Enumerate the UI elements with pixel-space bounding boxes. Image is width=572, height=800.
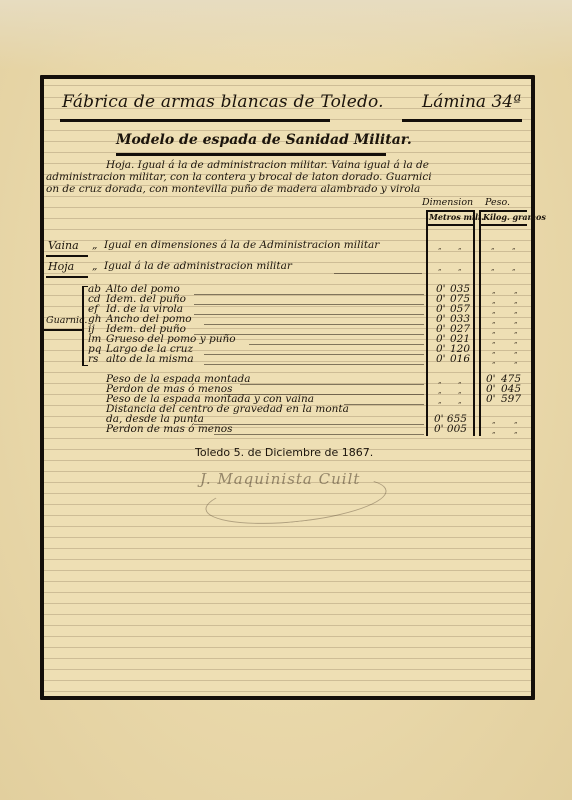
subtitle-underline: [116, 153, 386, 156]
unit-rule-dim: [427, 224, 473, 226]
date-line: Toledo 5. de Diciembre de 1867.: [195, 446, 373, 459]
row-leader: [344, 404, 424, 405]
row-peso-2: „: [514, 297, 518, 305]
weight-peso-2: „: [514, 427, 518, 435]
row-leader: [204, 354, 424, 355]
hoja-underline: [46, 276, 88, 278]
peso-header: Peso.: [485, 197, 510, 208]
description-line-2: administracion militar, con la contera y…: [46, 171, 528, 183]
vaina-ditto: „: [92, 239, 97, 251]
paper-top-edge: [0, 0, 572, 70]
unit-rule-peso: [481, 224, 527, 226]
row-dim-frac: 016: [450, 353, 470, 365]
peso-col-left: [479, 210, 481, 436]
row-leader: [194, 314, 424, 315]
vaina-peso-1: „: [491, 243, 495, 251]
row-leader: [249, 344, 424, 345]
hoja-leader: [334, 273, 422, 274]
title-underline: [60, 119, 330, 122]
hoja-text: Igual á la de administracion militar: [104, 260, 292, 272]
row-peso: „: [492, 357, 496, 365]
weight-dim-2: „: [458, 397, 462, 405]
section-label-hoja: Hoja: [48, 260, 74, 273]
hoja-peso-1: „: [491, 264, 495, 272]
weight-dim-2: „: [458, 387, 462, 395]
vaina-peso-2: „: [512, 243, 516, 251]
description-line-3: on de cruz dorada, con montevilla puño d…: [46, 183, 528, 195]
row-peso: „: [492, 307, 496, 315]
weight-peso-int: 0': [486, 393, 496, 405]
vaina-dim-1: „: [438, 243, 442, 251]
weight-dim: „: [438, 387, 442, 395]
weight-dim: „: [438, 377, 442, 385]
row-peso: „: [492, 297, 496, 305]
weight-peso: „: [492, 417, 496, 425]
dimension-unit: Metros mili.: [429, 212, 484, 222]
row-peso: „: [492, 347, 496, 355]
guarnicion-underline: [44, 329, 82, 331]
guarnicion-row-code: rs: [88, 353, 98, 365]
hoja-peso-2: „: [512, 264, 516, 272]
hoja-ditto: „: [92, 260, 97, 272]
row-leader: [194, 294, 424, 295]
plate-underline: [402, 119, 522, 122]
model-subtitle: Modelo de espada de Sanidad Militar.: [116, 132, 412, 148]
row-peso: „: [492, 287, 496, 295]
row-peso: „: [492, 327, 496, 335]
hoja-dim-1: „: [438, 264, 442, 272]
row-peso-2: „: [514, 347, 518, 355]
row-peso-2: „: [514, 307, 518, 315]
weight-peso: „: [492, 427, 496, 435]
row-peso: „: [492, 337, 496, 345]
document-frame: Fábrica de armas blancas de Toledo. Lámi…: [40, 75, 535, 700]
vaina-underline: [46, 255, 88, 257]
description-line-1: Hoja. Igual á la de administracion milit…: [46, 159, 526, 171]
row-leader: [204, 324, 424, 325]
section-label-vaina: Vaina: [48, 239, 79, 252]
row-leader: [204, 364, 424, 365]
weight-dim-value: 0' 005: [434, 423, 467, 435]
dimension-header: Dimension: [422, 197, 473, 208]
plate-number: Lámina 34ª: [422, 92, 521, 112]
row-dim-int: 0': [436, 353, 446, 365]
row-peso: „: [492, 317, 496, 325]
dimension-col-right: [473, 210, 475, 436]
weight-dim: „: [438, 397, 442, 405]
row-peso-2: „: [514, 317, 518, 325]
guarnicion-row-text: alto de la misma: [106, 353, 194, 365]
weight-dim-2: „: [458, 377, 462, 385]
peso-unit: Kilog. gramos: [483, 212, 546, 222]
vaina-dim-2: „: [458, 243, 462, 251]
row-leader: [214, 434, 424, 435]
row-peso-2: „: [514, 287, 518, 295]
hoja-dim-2: „: [458, 264, 462, 272]
row-leader: [240, 384, 424, 385]
row-peso-2: „: [514, 337, 518, 345]
row-peso-2: „: [514, 357, 518, 365]
vaina-text: Igual en dimensiones á la de Administrac…: [104, 239, 379, 251]
dimension-col-left: [426, 210, 428, 436]
weight-peso-2: „: [514, 417, 518, 425]
row-leader: [194, 304, 424, 305]
factory-title: Fábrica de armas blancas de Toledo.: [62, 92, 384, 112]
weight-peso-frac: 597: [501, 393, 521, 405]
row-peso-2: „: [514, 327, 518, 335]
